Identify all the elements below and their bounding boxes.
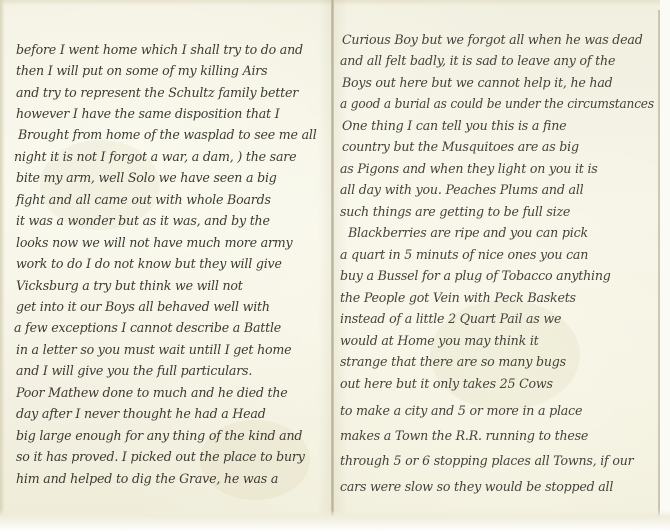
handwritten-line: a quart in 5 minuts of nice ones you can xyxy=(340,247,588,262)
handwritten-line: instead of a little 2 Quart Pail as we xyxy=(340,311,561,326)
handwritten-line: One thing I can tell you this is a fine xyxy=(342,118,566,133)
handwritten-line: big large enough for any thing of the ki… xyxy=(16,428,302,443)
handwritten-line: fight and all came out with whole Boards xyxy=(16,192,271,207)
handwritten-line: and all felt badly, it is sad to leave a… xyxy=(340,53,615,68)
handwritten-line: bite my arm, well Solo we have seen a bi… xyxy=(16,170,277,185)
handwritten-line: and I will give you the full particulars… xyxy=(16,363,252,378)
handwritten-line: Blackberries are ripe and you can pick xyxy=(348,225,588,240)
left-page: before I went home which I shall try to … xyxy=(14,0,332,532)
letter-scan: before I went home which I shall try to … xyxy=(0,0,670,532)
handwritten-line: then I will put on some of my killing Ai… xyxy=(16,63,267,78)
handwritten-line: day after I never thought he had a Head xyxy=(16,406,266,421)
handwritten-line: strange that there are so many bugs xyxy=(340,354,566,369)
handwritten-line: to make a city and 5 or more in a place xyxy=(340,403,582,418)
handwritten-line: out here but it only takes 25 Cows xyxy=(340,376,553,391)
paper-edge-right-line xyxy=(658,10,660,522)
handwritten-line: and try to represent the Schultz family … xyxy=(16,85,298,100)
handwritten-line: a good a burial as could be under the ci… xyxy=(340,96,654,111)
handwritten-line: through 5 or 6 stopping places all Towns… xyxy=(340,453,633,468)
handwritten-line: work to do I do not know but they will g… xyxy=(16,256,282,271)
handwritten-line: before I went home which I shall try to … xyxy=(16,42,303,57)
handwritten-line: get into it our Boys all behaved well wi… xyxy=(16,299,270,314)
handwritten-line: Brought from home of the wasplad to see … xyxy=(18,127,317,142)
handwritten-line: night it is not I forgot a war, a dam, )… xyxy=(14,149,296,164)
handwritten-line: country but the Musquitoes are as big xyxy=(342,139,579,154)
handwritten-line: Vicksburg a try but think we will not xyxy=(16,278,243,293)
paper-edge-left xyxy=(0,0,5,532)
handwritten-line: so it has proved. I picked out the place… xyxy=(16,449,305,464)
right-page: Curious Boy but we forgot all when he wa… xyxy=(340,0,658,532)
handwritten-line: makes a Town the R.R. running to these xyxy=(340,428,588,443)
handwritten-line: all day with you. Peaches Plums and all xyxy=(340,182,583,197)
handwritten-line: it was a wonder but as it was, and by th… xyxy=(16,213,270,228)
handwritten-line: Poor Mathew done to much and he died the xyxy=(16,385,288,400)
handwritten-line: looks now we will not have much more arm… xyxy=(16,235,292,250)
handwritten-line: in a letter so you must wait untill I ge… xyxy=(16,342,291,357)
handwritten-line: buy a Bussel for a plug of Tobacco anyth… xyxy=(340,268,611,283)
handwritten-line: Curious Boy but we forgot all when he wa… xyxy=(342,32,643,47)
handwritten-line: such things are getting to be full size xyxy=(340,204,570,219)
handwritten-line: Boys out here but we cannot help it, he … xyxy=(342,75,613,90)
handwritten-line: him and helped to dig the Grave, he was … xyxy=(16,471,278,486)
handwritten-line: a few exceptions I cannot describe a Bat… xyxy=(14,320,281,335)
handwritten-line: however I have the same disposition that… xyxy=(16,106,279,121)
handwritten-line: as Pigons and when they light on you it … xyxy=(340,161,598,176)
paper-edge-right xyxy=(660,0,670,532)
handwritten-line: the People got Vein with Peck Baskets xyxy=(340,290,576,305)
handwritten-line: cars were slow so they would be stopped … xyxy=(340,479,613,494)
handwritten-line: would at Home you may think it xyxy=(340,333,539,348)
